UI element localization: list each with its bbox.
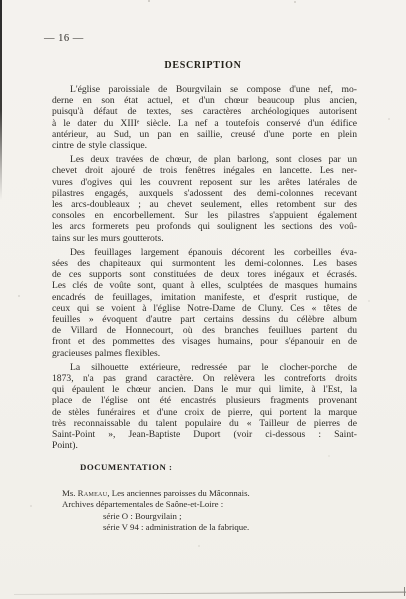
text-line: consoles en encorbellement. Sur les pila…	[52, 210, 357, 221]
bibliography-text: Archives départementales de Saône-et-Loi…	[62, 499, 223, 509]
bibliography-entry: Ms. Rameau, Les anciennes paroisses du M…	[62, 488, 362, 499]
text-line: puisqu'à défaut de textes, ses caractère…	[52, 106, 357, 117]
text-line: pilastres engagés, auxquels s'adossent d…	[52, 188, 357, 199]
text-line: ceux qui se voient à l'église Notre-Dame…	[52, 303, 357, 314]
text-line: à le dater du XIIIᵉ siècle. La nef a tou…	[52, 118, 357, 129]
text-line: front et des pommettes des visages humai…	[52, 336, 357, 347]
page-title: DESCRIPTION	[0, 60, 406, 71]
text-line: Saint-Point », Jean-Baptiste Duport (voi…	[52, 429, 357, 440]
text-line: sées des chapiteaux qui surmontent les d…	[52, 258, 357, 269]
text-line: cintre de style classique.	[52, 140, 357, 151]
scan-edge-artifact-left	[0, 0, 2, 200]
paragraph: Des feuillages largement épanouis décore…	[52, 247, 357, 359]
text-line: vures d'ogives qui les couvrent reposent…	[52, 177, 357, 188]
body-text: L'église paroissiale de Bourgvilain se c…	[52, 84, 357, 455]
text-line: Point).	[52, 440, 357, 451]
text-line: de ces supports sont constituées de deux…	[52, 269, 357, 280]
page-number: — 16 —	[44, 33, 84, 44]
paper-speckles	[148, 0, 150, 2]
text-line: de Villard de Honnecourt, où des branche…	[52, 325, 357, 336]
text-line: L'église paroissiale de Bourgvilain se c…	[52, 84, 357, 95]
text-line: derne en son état actuel, et d'un chœur …	[52, 95, 357, 106]
bibliography-text: série O : Bourgvilain ;	[103, 511, 182, 521]
text-line: antérieur, au Sud, un pan en saillie, cr…	[52, 129, 357, 140]
scanned-book-page: — 16 — DESCRIPTION L'église paroissiale …	[0, 0, 406, 599]
bibliography-entry: Archives départementales de Saône-et-Loi…	[62, 499, 362, 510]
text-line: chevet droit ajouré de trois fenêtres in…	[52, 165, 357, 176]
bibliography-text: Rameau	[78, 488, 108, 498]
text-line: de stèles funéraires et d'une croix de p…	[52, 407, 357, 418]
text-line: gracieuses palmes flexibles.	[52, 348, 357, 359]
paragraph: Les deux travées de chœur, de plan barlo…	[52, 154, 357, 244]
text-line: les arcs-doubleaux ; au chevet seulement…	[52, 199, 357, 210]
scan-line-artifact-bottom	[14, 592, 406, 595]
bibliography-entry: série O : Bourgvilain ;	[62, 511, 362, 522]
bibliography-text: Ms.	[62, 488, 78, 498]
text-line: encadrés de feuillages, imitation manife…	[52, 292, 357, 303]
text-line: qui épaulent le chœur ancien. Dans le mu…	[52, 384, 357, 395]
text-line: Des feuillages largement épanouis décore…	[52, 247, 357, 258]
text-line: Les deux travées de chœur, de plan barlo…	[52, 154, 357, 165]
bibliography-text: série V 94 : administration de la fabriq…	[103, 522, 249, 532]
documentation-heading: DOCUMENTATION :	[80, 462, 172, 472]
scan-tick-artifact-right	[404, 587, 405, 596]
text-line: les arcs formerets peu profonds qui soul…	[52, 221, 357, 232]
text-line: 1873, n'a pas grand caractère. On relève…	[52, 373, 357, 384]
text-line: Les clés de voûte sont, quant à elles, s…	[52, 280, 357, 291]
text-line: très reconnaissable du talent populaire …	[52, 418, 357, 429]
paragraph: La silhouette extérieure, redressée par …	[52, 362, 357, 452]
bibliography-entry: série V 94 : administration de la fabriq…	[62, 522, 362, 533]
bibliography-text: , Les anciennes paroisses du Mâconnais.	[107, 488, 249, 498]
documentation-entries: Ms. Rameau, Les anciennes paroisses du M…	[62, 488, 362, 534]
text-line: place de l'église ont été encastrés plus…	[52, 395, 357, 406]
text-line: La silhouette extérieure, redressée par …	[52, 362, 357, 373]
paragraph: L'église paroissiale de Bourgvilain se c…	[52, 84, 357, 151]
text-line: tains sur les murs goutterots.	[52, 233, 357, 244]
text-line: feuilles » évoquent d'autre part certain…	[52, 314, 357, 325]
